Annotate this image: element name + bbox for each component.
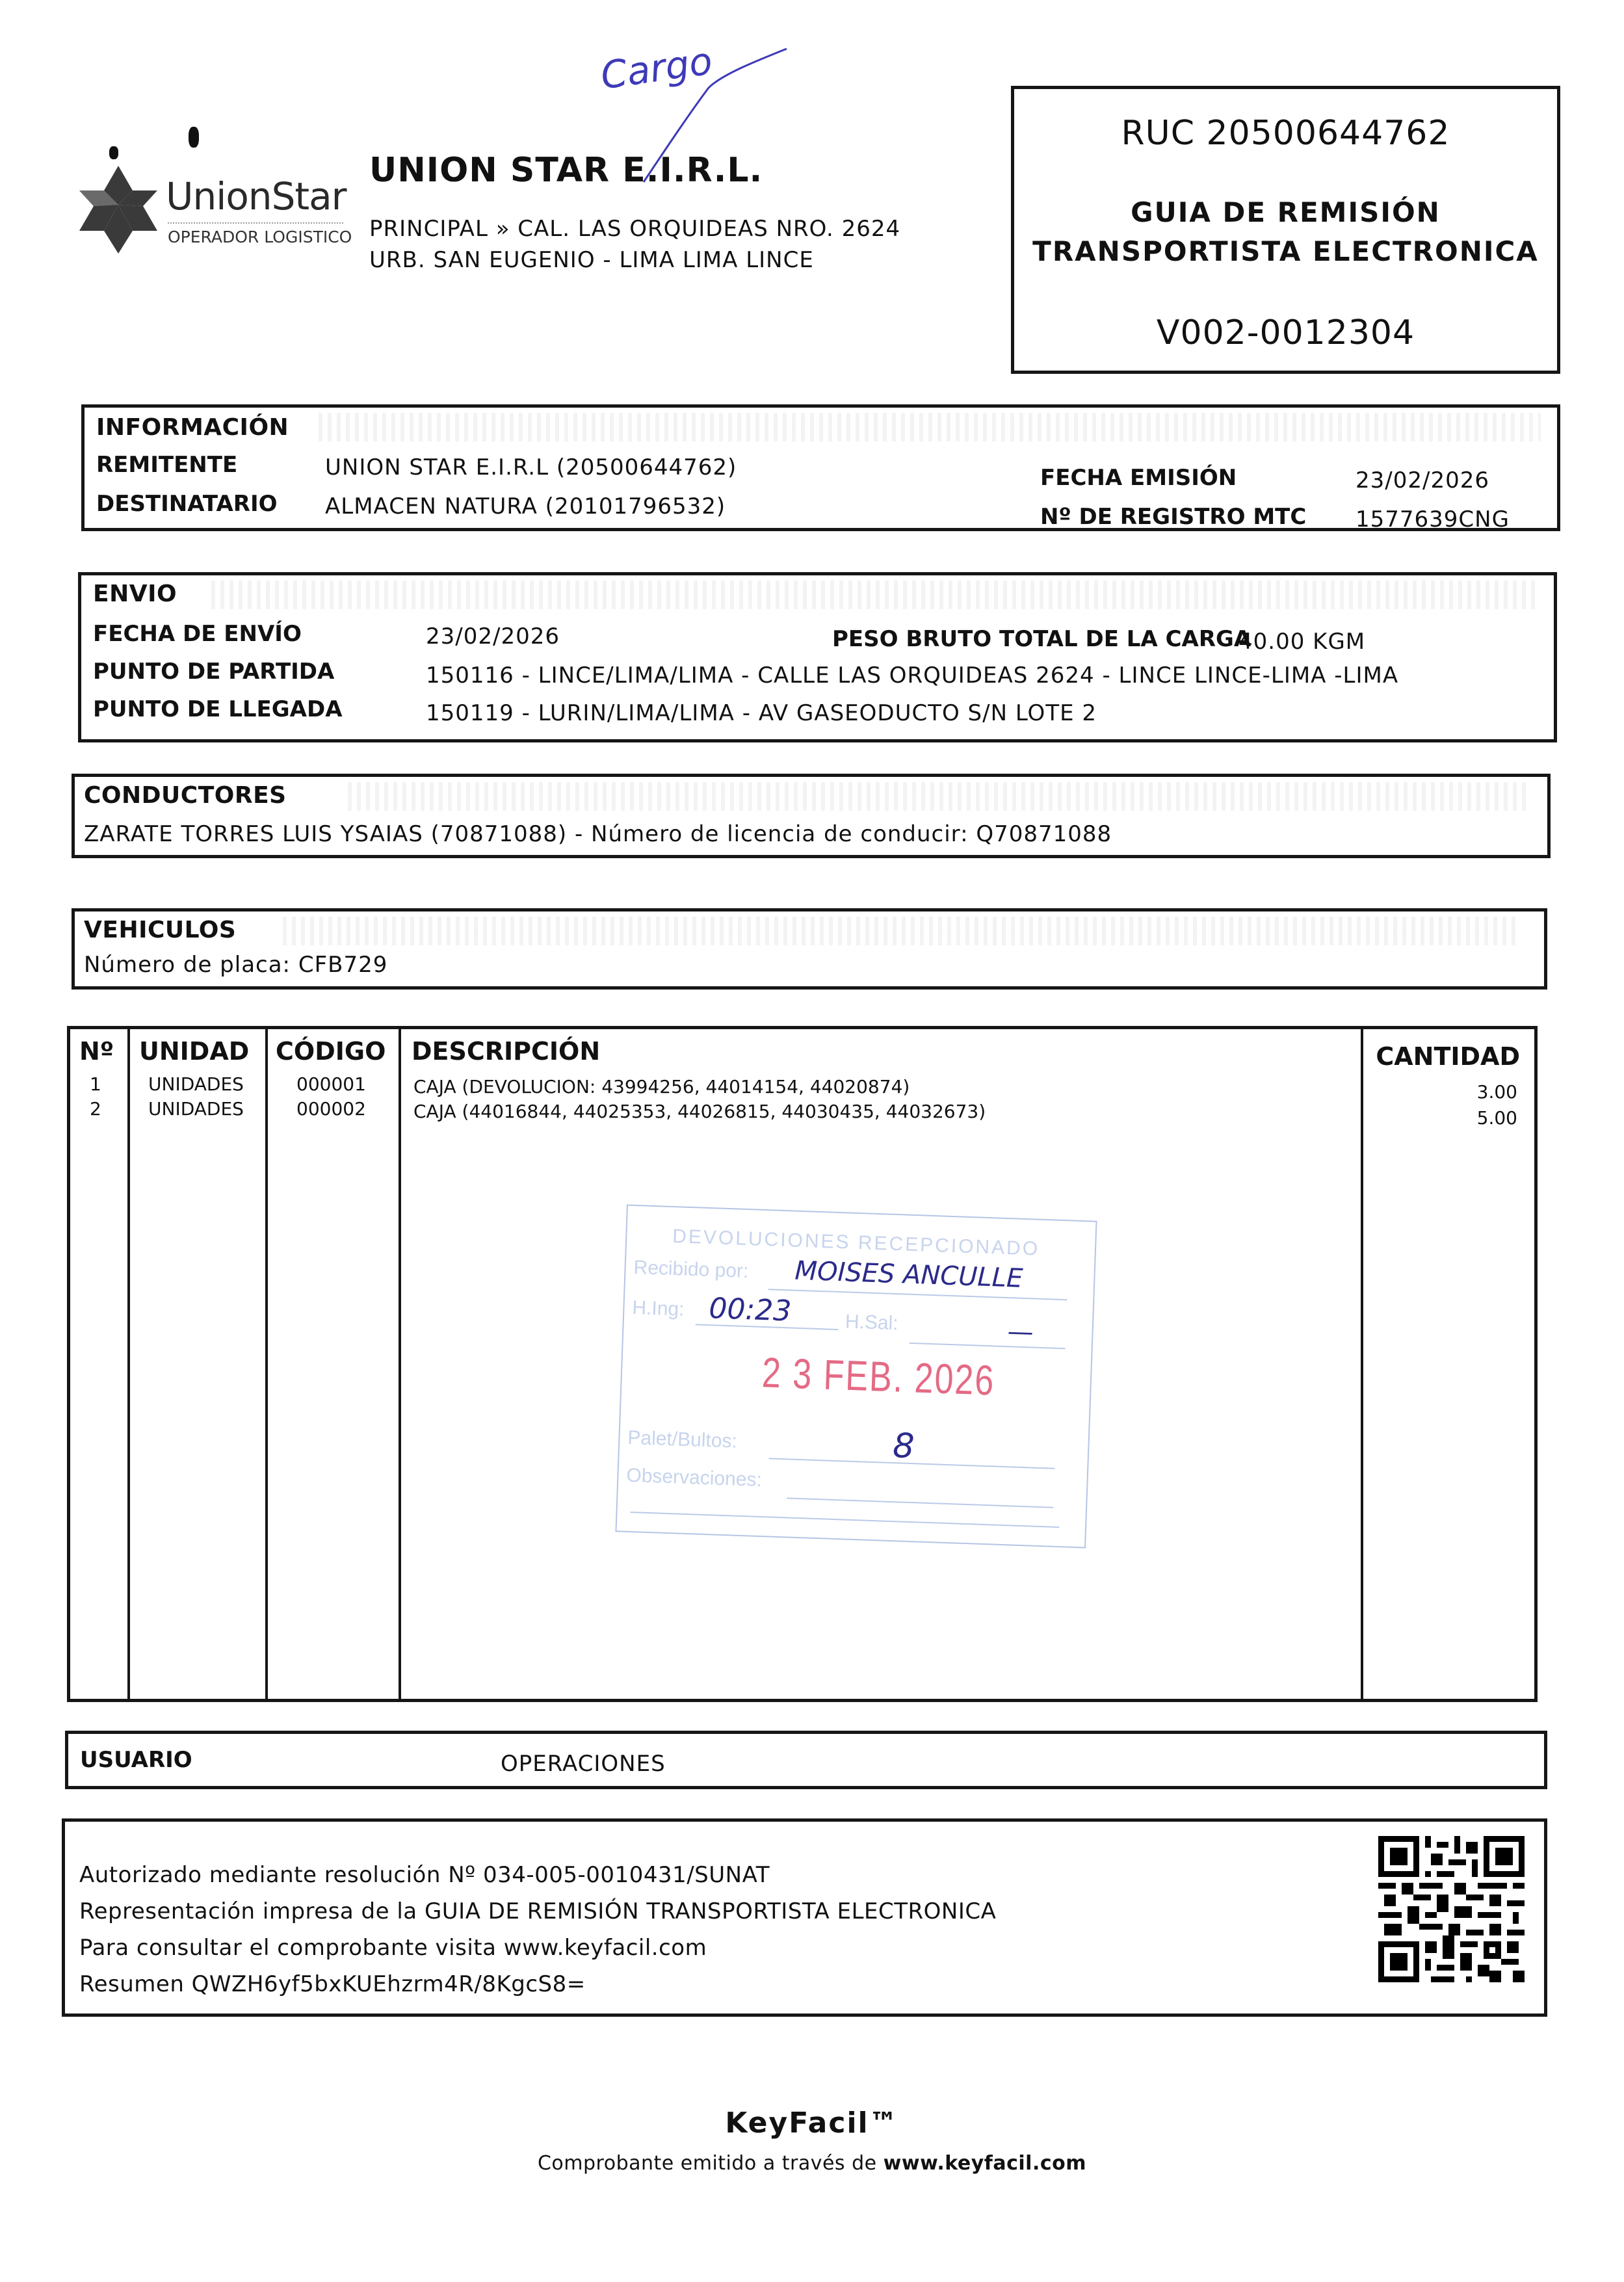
header-no: Nº [79, 1037, 114, 1066]
fecha-envio-label: FECHA DE ENVÍO [93, 621, 302, 647]
punto-llegada-label: PUNTO DE LLEGADA [93, 696, 343, 722]
document-title-line-2: TRANSPORTISTA ELECTRONICA [1014, 235, 1557, 267]
column-divider [127, 1029, 130, 1699]
destinatario-value: ALMACEN NATURA (20101796532) [325, 493, 726, 519]
scan-bleed [283, 917, 1518, 945]
logo-divider [168, 222, 343, 224]
column-divider [399, 1029, 401, 1699]
row-unidad: UNIDADES [148, 1098, 244, 1120]
row-no: 2 [90, 1098, 101, 1120]
punto-partida-label: PUNTO DE PARTIDA [93, 659, 334, 685]
section-title-conductores: CONDUCTORES [84, 782, 287, 809]
row-cantidad: 5.00 [1477, 1107, 1517, 1129]
peso-bruto-value: 40.00 KGM [1238, 629, 1365, 655]
stamp-bultos-label: Palet/Bultos: [627, 1427, 738, 1453]
fecha-envio-value: 23/02/2026 [426, 623, 560, 649]
keyfacil-link[interactable]: www.keyfacil.com [884, 2152, 1086, 2175]
scan-bleed [348, 782, 1531, 811]
stamp-h-ing-value: 00:23 [709, 1292, 792, 1328]
stamp-date: 2 3 FEB. 2026 [761, 1348, 996, 1405]
punto-partida-value: 150116 - LINCE/LIMA/LIMA - CALLE LAS ORQ… [426, 662, 1398, 689]
representation-text: Representación impresa de la GUIA DE REM… [79, 1898, 996, 1924]
keyfacil-brand: KeyFacil™ [0, 2106, 1624, 2140]
stamp-h-ing-label: H.Ing: [632, 1297, 685, 1321]
usuario-section: USUARIO OPERACIONES [65, 1731, 1547, 1789]
qr-code-icon[interactable] [1378, 1836, 1525, 1982]
usuario-value: OPERACIONES [501, 1751, 666, 1777]
scan-speck [189, 127, 199, 148]
column-divider [1361, 1029, 1363, 1699]
fecha-emision-value: 23/02/2026 [1356, 467, 1489, 493]
handwritten-cargo-text: Cargo [598, 38, 715, 98]
remitente-value: UNION STAR E.I.R.L (20500644762) [325, 454, 737, 480]
header-unidad: UNIDAD [139, 1037, 249, 1066]
section-title-vehiculos: VEHICULOS [84, 917, 236, 943]
company-address-line-1: PRINCIPAL » CAL. LAS ORQUIDEAS NRO. 2624 [369, 216, 900, 242]
stamp-line [787, 1497, 1053, 1508]
usuario-label: USUARIO [80, 1747, 192, 1773]
registro-mtc-label: Nº DE REGISTRO MTC [1040, 504, 1306, 530]
row-codigo: 000001 [296, 1073, 366, 1095]
header-cantidad: CANTIDAD [1376, 1042, 1520, 1071]
vehiculo-placa: Número de placa: CFB729 [84, 952, 387, 978]
ruc-number: RUC 20500644762 [1014, 114, 1557, 153]
authorization-text: Autorizado mediante resolución Nº 034-00… [79, 1862, 770, 1888]
stamp-recibido-value: MOISES ANCULLE [794, 1256, 1023, 1294]
row-cantidad: 3.00 [1477, 1081, 1517, 1103]
scan-bleed [211, 581, 1538, 609]
handwritten-cargo-annotation: Cargo [592, 36, 800, 192]
scan-speck [109, 146, 118, 159]
row-no: 1 [90, 1073, 101, 1095]
envio-section: ENVIO FECHA DE ENVÍO 23/02/2026 PESO BRU… [78, 572, 1557, 742]
stamp-bultos-value: 8 [892, 1426, 915, 1466]
document-title-line-1: GUIA DE REMISIÓN [1014, 196, 1557, 228]
fecha-emision-label: FECHA EMISIÓN [1040, 465, 1237, 491]
row-unidad: UNIDADES [148, 1073, 244, 1095]
column-divider [265, 1029, 268, 1699]
header-codigo: CÓDIGO [276, 1037, 386, 1066]
section-title-envio: ENVIO [93, 581, 177, 607]
keyfacil-subtitle-text: Comprobante emitido a través de [538, 2152, 884, 2175]
conductores-section: CONDUCTORES ZARATE TORRES LUIS YSAIAS (7… [72, 774, 1551, 858]
logo-wordmark: UnionStar [166, 174, 347, 218]
section-title-informacion: INFORMACIÓN [96, 414, 289, 441]
legal-footer: Autorizado mediante resolución Nº 034-00… [62, 1818, 1547, 2017]
vehiculos-section: VEHICULOS Número de placa: CFB729 [72, 908, 1547, 990]
document-number: V002-0012304 [1014, 313, 1557, 352]
stamp-line [630, 1512, 1059, 1528]
stamp-h-sal-value: — [1007, 1317, 1034, 1347]
destinatario-label: DESTINATARIO [96, 491, 278, 517]
stamp-recibido-label: Recibido por: [633, 1257, 749, 1283]
document-id-box: RUC 20500644762 GUIA DE REMISIÓN TRANSPO… [1011, 86, 1560, 374]
stamp-h-sal-label: H.Sal: [845, 1311, 898, 1335]
peso-bruto-label: PESO BRUTO TOTAL DE LA CARGA [832, 626, 1251, 652]
company-address-line-2: URB. SAN EUGENIO - LIMA LIMA LINCE [369, 247, 814, 273]
union-star-logo-icon [79, 166, 157, 254]
row-codigo: 000002 [296, 1098, 366, 1120]
header-descripcion: DESCRIPCIÓN [412, 1037, 600, 1066]
punto-llegada-value: 150119 - LURIN/LIMA/LIMA - AV GASEODUCTO… [426, 700, 1097, 726]
keyfacil-subtitle: Comprobante emitido a través de www.keyf… [0, 2152, 1624, 2175]
scan-bleed [319, 413, 1541, 441]
registro-mtc-value: 1577639CNG [1356, 506, 1510, 532]
row-descripcion: CAJA (44016844, 44025353, 44026815, 4403… [413, 1101, 986, 1122]
consult-text: Para consultar el comprobante visita www… [79, 1935, 707, 1961]
informacion-section: INFORMACIÓN REMITENTE UNION STAR E.I.R.L… [81, 404, 1560, 531]
remitente-label: REMITENTE [96, 452, 237, 478]
stamp-line [910, 1343, 1066, 1349]
logo-tagline: OPERADOR LOGISTICO [168, 228, 352, 246]
stamp-title: DEVOLUCIONES RECEPCIONADO [672, 1226, 1040, 1261]
row-descripcion: CAJA (DEVOLUCION: 43994256, 44014154, 44… [413, 1076, 910, 1097]
conductor-line: ZARATE TORRES LUIS YSAIAS (70871088) - N… [84, 821, 1112, 847]
stamp-observaciones-label: Observaciones: [626, 1465, 762, 1491]
reception-stamp: DEVOLUCIONES RECEPCIONADO Recibido por: … [615, 1205, 1097, 1549]
resumen-hash: Resumen QWZH6yf5bxKUEhzrm4R/8KgcS8= [79, 1971, 586, 1997]
